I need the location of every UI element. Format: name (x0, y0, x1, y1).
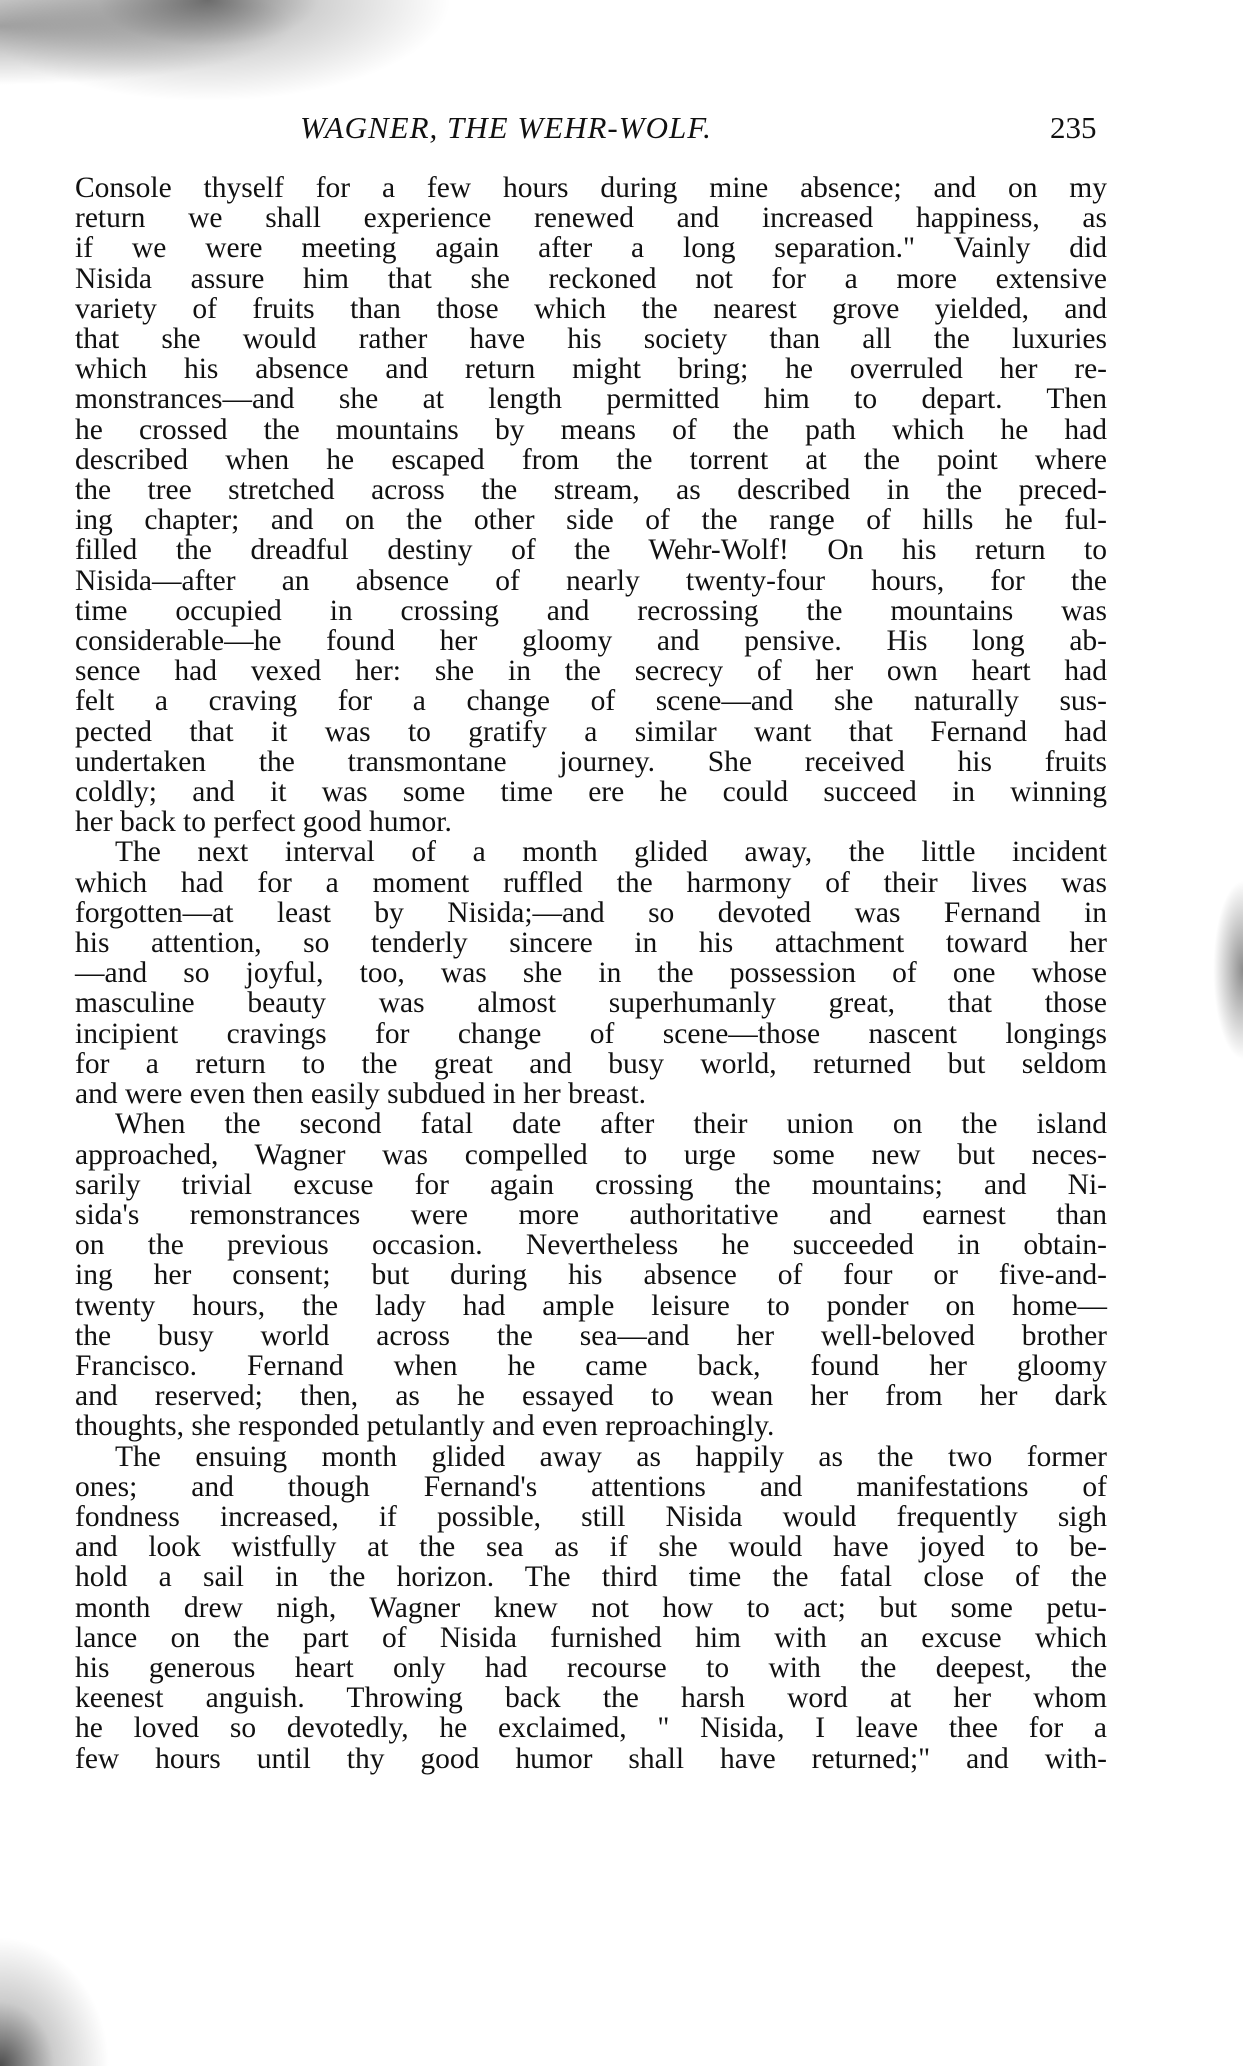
paragraph: The next interval of a month glided away… (75, 837, 1107, 1109)
text-line: monstrances—and she at length permitted … (75, 384, 1107, 414)
text-line: sarily trivial excuse for again crossing… (75, 1170, 1107, 1200)
text-line: masculine beauty was almost superhumanly… (75, 988, 1107, 1018)
text-line: incipient cravings for change of scene—t… (75, 1019, 1107, 1049)
text-line: return we shall experience renewed and i… (75, 203, 1107, 233)
text-line: that she would rather have his society t… (75, 324, 1107, 354)
text-line: which his absence and return might bring… (75, 354, 1107, 384)
text-line: When the second fatal date after their u… (75, 1109, 1107, 1139)
text-line: filled the dreadful destiny of the Wehr-… (75, 535, 1107, 565)
text-line: variety of fruits than those which the n… (75, 294, 1107, 324)
text-line: his generous heart only had recourse to … (75, 1653, 1107, 1683)
text-line: lance on the part of Nisida furnished hi… (75, 1623, 1107, 1653)
paragraph: Console thyself for a few hours during m… (75, 173, 1107, 837)
text-line: The next interval of a month glided away… (75, 837, 1107, 867)
text-line: pected that it was to gratify a similar … (75, 717, 1107, 747)
text-line: twenty hours, the lady had ample leisure… (75, 1291, 1107, 1321)
paragraph: When the second fatal date after their u… (75, 1109, 1107, 1441)
text-line: sida's remonstrances were more authorita… (75, 1200, 1107, 1230)
text-line: Console thyself for a few hours during m… (75, 173, 1107, 203)
text-line: few hours until thy good humor shall hav… (75, 1744, 1107, 1774)
text-line: and reserved; then, as he essayed to wea… (75, 1381, 1107, 1411)
page-number: 235 (1050, 110, 1097, 146)
text-line: keenest anguish. Throwing back the harsh… (75, 1683, 1107, 1713)
text-line: and were even then easily subdued in her… (75, 1079, 1107, 1109)
text-line: ing chapter; and on the other side of th… (75, 505, 1107, 535)
text-line: ones; and though Fernand's attentions an… (75, 1472, 1107, 1502)
text-line: he crossed the mountains by means of the… (75, 415, 1107, 445)
text-line: approached, Wagner was compelled to urge… (75, 1140, 1107, 1170)
running-title: WAGNER, THE WEHR-WOLF. (300, 110, 712, 146)
scan-noise-right-edge (1213, 880, 1243, 1060)
text-line: which had for a moment ruffled the harmo… (75, 868, 1107, 898)
scan-noise-bottom-left (0, 1936, 110, 2066)
text-line: felt a craving for a change of scene—and… (75, 686, 1107, 716)
text-line: —and so joyful, too, was she in the poss… (75, 958, 1107, 988)
text-line: for a return to the great and busy world… (75, 1049, 1107, 1079)
text-line: month drew nigh, Wagner knew not how to … (75, 1593, 1107, 1623)
text-line: undertaken the transmontane journey. She… (75, 747, 1107, 777)
text-line: Francisco. Fernand when he came back, fo… (75, 1351, 1107, 1381)
text-line: thoughts, she responded petulantly and e… (75, 1411, 1107, 1441)
text-line: coldly; and it was some time ere he coul… (75, 777, 1107, 807)
text-line: hold a sail in the horizon. The third ti… (75, 1562, 1107, 1592)
text-line: the tree stretched across the stream, as… (75, 475, 1107, 505)
text-line: on the previous occasion. Nevertheless h… (75, 1230, 1107, 1260)
text-line: fondness increased, if possible, still N… (75, 1502, 1107, 1532)
text-line: The ensuing month glided away as happily… (75, 1442, 1107, 1472)
body-text: Console thyself for a few hours during m… (75, 173, 1107, 1774)
text-line: the busy world across the sea—and her we… (75, 1321, 1107, 1351)
paragraph: The ensuing month glided away as happily… (75, 1442, 1107, 1774)
text-line: ing her consent; but during his absence … (75, 1260, 1107, 1290)
text-line: and look wistfully at the sea as if she … (75, 1532, 1107, 1562)
text-line: her back to perfect good humor. (75, 807, 1107, 837)
text-line: forgotten—at least by Nisida;—and so dev… (75, 898, 1107, 928)
text-line: time occupied in crossing and recrossing… (75, 596, 1107, 626)
text-line: sence had vexed her: she in the secrecy … (75, 656, 1107, 686)
text-line: if we were meeting again after a long se… (75, 233, 1107, 263)
text-line: he loved so devotedly, he exclaimed, " N… (75, 1713, 1107, 1743)
text-line: Nisida assure him that she reckoned not … (75, 264, 1107, 294)
text-line: described when he escaped from the torre… (75, 445, 1107, 475)
text-line: his attention, so tenderly sincere in hi… (75, 928, 1107, 958)
text-line: considerable—he found her gloomy and pen… (75, 626, 1107, 656)
text-line: Nisida—after an absence of nearly twenty… (75, 566, 1107, 596)
